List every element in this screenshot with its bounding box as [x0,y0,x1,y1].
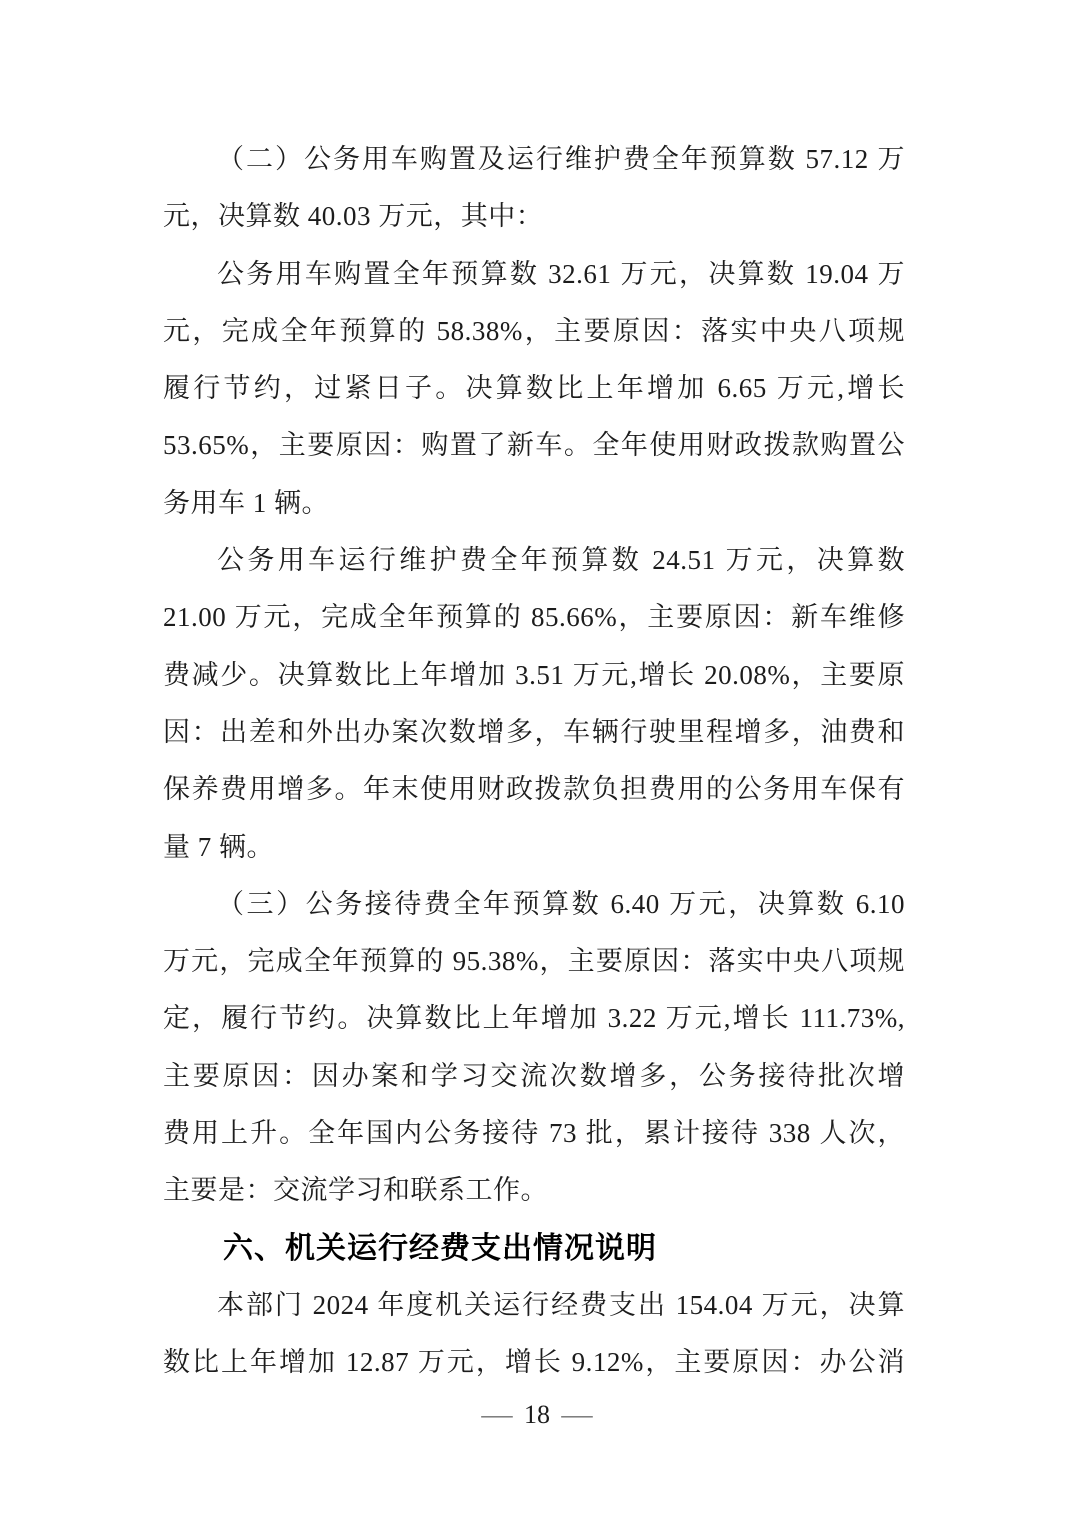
text-line: 53.65%，主要原因：购置了新车。全年使用财政拨款购置公 [163,417,905,474]
text-line: 公务用车运行维护费全年预算数 24.51 万元，决算数 [163,532,905,589]
text-line: 元，完成全年预算的 58.38%，主要原因：落实中央八项规定， [163,303,905,360]
text-line: 主要是：交流学习和联系工作。 [163,1162,905,1219]
footer-dash-right: — [561,1400,592,1430]
text-line: 因：出差和外出办案次数增多，车辆行驶里程增多，油费和 [163,704,905,761]
text-line: 定，履行节约。决算数比上年增加 3.22 万元,增长 111.73%, [163,990,905,1047]
text-line: 公务用车购置全年预算数 32.61 万元，决算数 19.04 万 [163,246,905,303]
text-line: （二）公务用车购置及运行维护费全年预算数 57.12 万 [163,131,905,188]
text-line: 21.00 万元，完成全年预算的 85.66%，主要原因：新车维修 [163,589,905,646]
text-line: 费用上升。全年国内公务接待 73 批，累计接待 338 人次， [163,1105,905,1162]
text-line: 履行节约，过紧日子。决算数比上年增加 6.65 万元,增长 [163,360,905,417]
document-body: （二）公务用车购置及运行维护费全年预算数 57.12 万元，决算数 40.03 … [163,131,905,1392]
text-line: 保养费用增多。年末使用财政拨款负担费用的公务用车保有 [163,761,905,818]
text-line: 数比上年增加 12.87 万元，增长 9.12%，主要原因：办公消 [163,1334,905,1391]
document-page: （二）公务用车购置及运行维护费全年预算数 57.12 万元，决算数 40.03 … [0,0,1074,1520]
text-line: 务用车 1 辆。 [163,475,905,532]
section-heading: 六、机关运行经费支出情况说明 [163,1220,905,1277]
text-line: 万元，完成全年预算的 95.38%，主要原因：落实中央八项规 [163,933,905,990]
text-line: 本部门 2024 年度机关运行经费支出 154.04 万元，决算 [163,1277,905,1334]
text-line: 主要原因：因办案和学习交流次数增多，公务接待批次增多， [163,1048,905,1105]
text-line: 元，决算数 40.03 万元，其中： [163,188,905,245]
text-line: 量 7 辆。 [163,819,905,876]
footer-dash-left: — [481,1400,512,1430]
text-line: （三）公务接待费全年预算数 6.40 万元，决算数 6.10 [163,876,905,933]
page-footer: — 18 — [0,1400,1074,1430]
text-line: 费减少。决算数比上年增加 3.51 万元,增长 20.08%，主要原 [163,647,905,704]
page-number: 18 [524,1400,550,1430]
